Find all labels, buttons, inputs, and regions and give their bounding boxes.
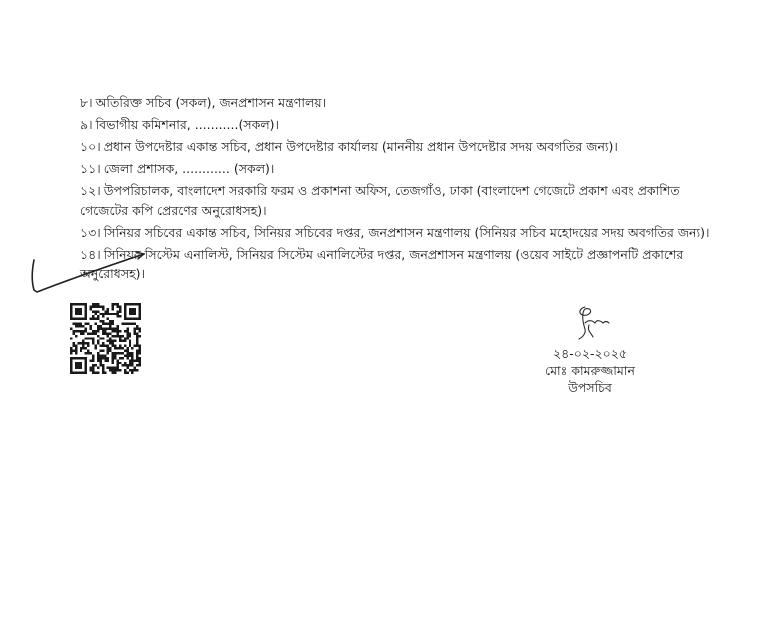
list-item: ১৪।সিনিয়র সিস্টেম এনালিস্ট, সিনিয়র সিস… [80, 245, 720, 284]
list-item: ১১।জেলা প্রশাসক, ............ (সকল)। [80, 159, 720, 179]
handwritten-signature-icon [567, 303, 613, 343]
signatory-designation: উপসচিব [520, 379, 660, 396]
list-item-number: ১০। [80, 139, 101, 154]
signature-block: ২৪-০২-২০২৫ মোঃ কামরুজ্জামান উপসচিব [520, 303, 660, 396]
handwritten-checkmark-icon [28, 250, 148, 298]
list-item-text: প্রধান উপদেষ্টার একান্ত সচিব, প্রধান উপদ… [104, 139, 618, 154]
list-item: ৮।অতিরিক্ত সচিব (সকল), জনপ্রশাসন মন্ত্রণ… [80, 93, 720, 113]
list-item: ১০।প্রধান উপদেষ্টার একান্ত সচিব, প্রধান … [80, 137, 720, 157]
list-item-number: ১১। [80, 161, 101, 176]
qr-code-icon [70, 303, 141, 374]
list-item: ১২।উপপরিচালক, বাংলাদেশ সরকারি ফরম ও প্রক… [80, 181, 720, 220]
list-item-number: ১৩। [80, 225, 101, 240]
list-item: ৯।বিভাগীয় কমিশনার, ...........(সকল)। [80, 115, 720, 135]
list-item-text: সিনিয়র সচিবের একান্ত সচিব, সিনিয়র সচিব… [104, 225, 710, 240]
list-item: ১৩।সিনিয়র সচিবের একান্ত সচিব, সিনিয়র স… [80, 223, 720, 243]
signature-date: ২৪-০২-২০২৫ [520, 345, 660, 362]
list-item-number: ১২। [80, 183, 101, 198]
list-item-text: জেলা প্রশাসক, ............ (সকল)। [104, 161, 275, 176]
list-item-number: ৮। [80, 95, 93, 110]
list-item-text: বিভাগীয় কমিশনার, ...........(সকল)। [96, 117, 279, 132]
list-item-number: ৯। [80, 117, 93, 132]
signatory-name: মোঃ কামরুজ্জামান [520, 362, 660, 379]
document-page: ৮।অতিরিক্ত সচিব (সকল), জনপ্রশাসন মন্ত্রণ… [0, 0, 777, 626]
list-item-text: সিনিয়র সিস্টেম এনালিস্ট, সিনিয়র সিস্টে… [80, 247, 683, 282]
list-item-text: উপপরিচালক, বাংলাদেশ সরকারি ফরম ও প্রকাশন… [80, 183, 680, 218]
distribution-list: ৮।অতিরিক্ত সচিব (সকল), জনপ্রশাসন মন্ত্রণ… [80, 93, 720, 286]
list-item-text: অতিরিক্ত সচিব (সকল), জনপ্রশাসন মন্ত্রণাল… [96, 95, 327, 110]
